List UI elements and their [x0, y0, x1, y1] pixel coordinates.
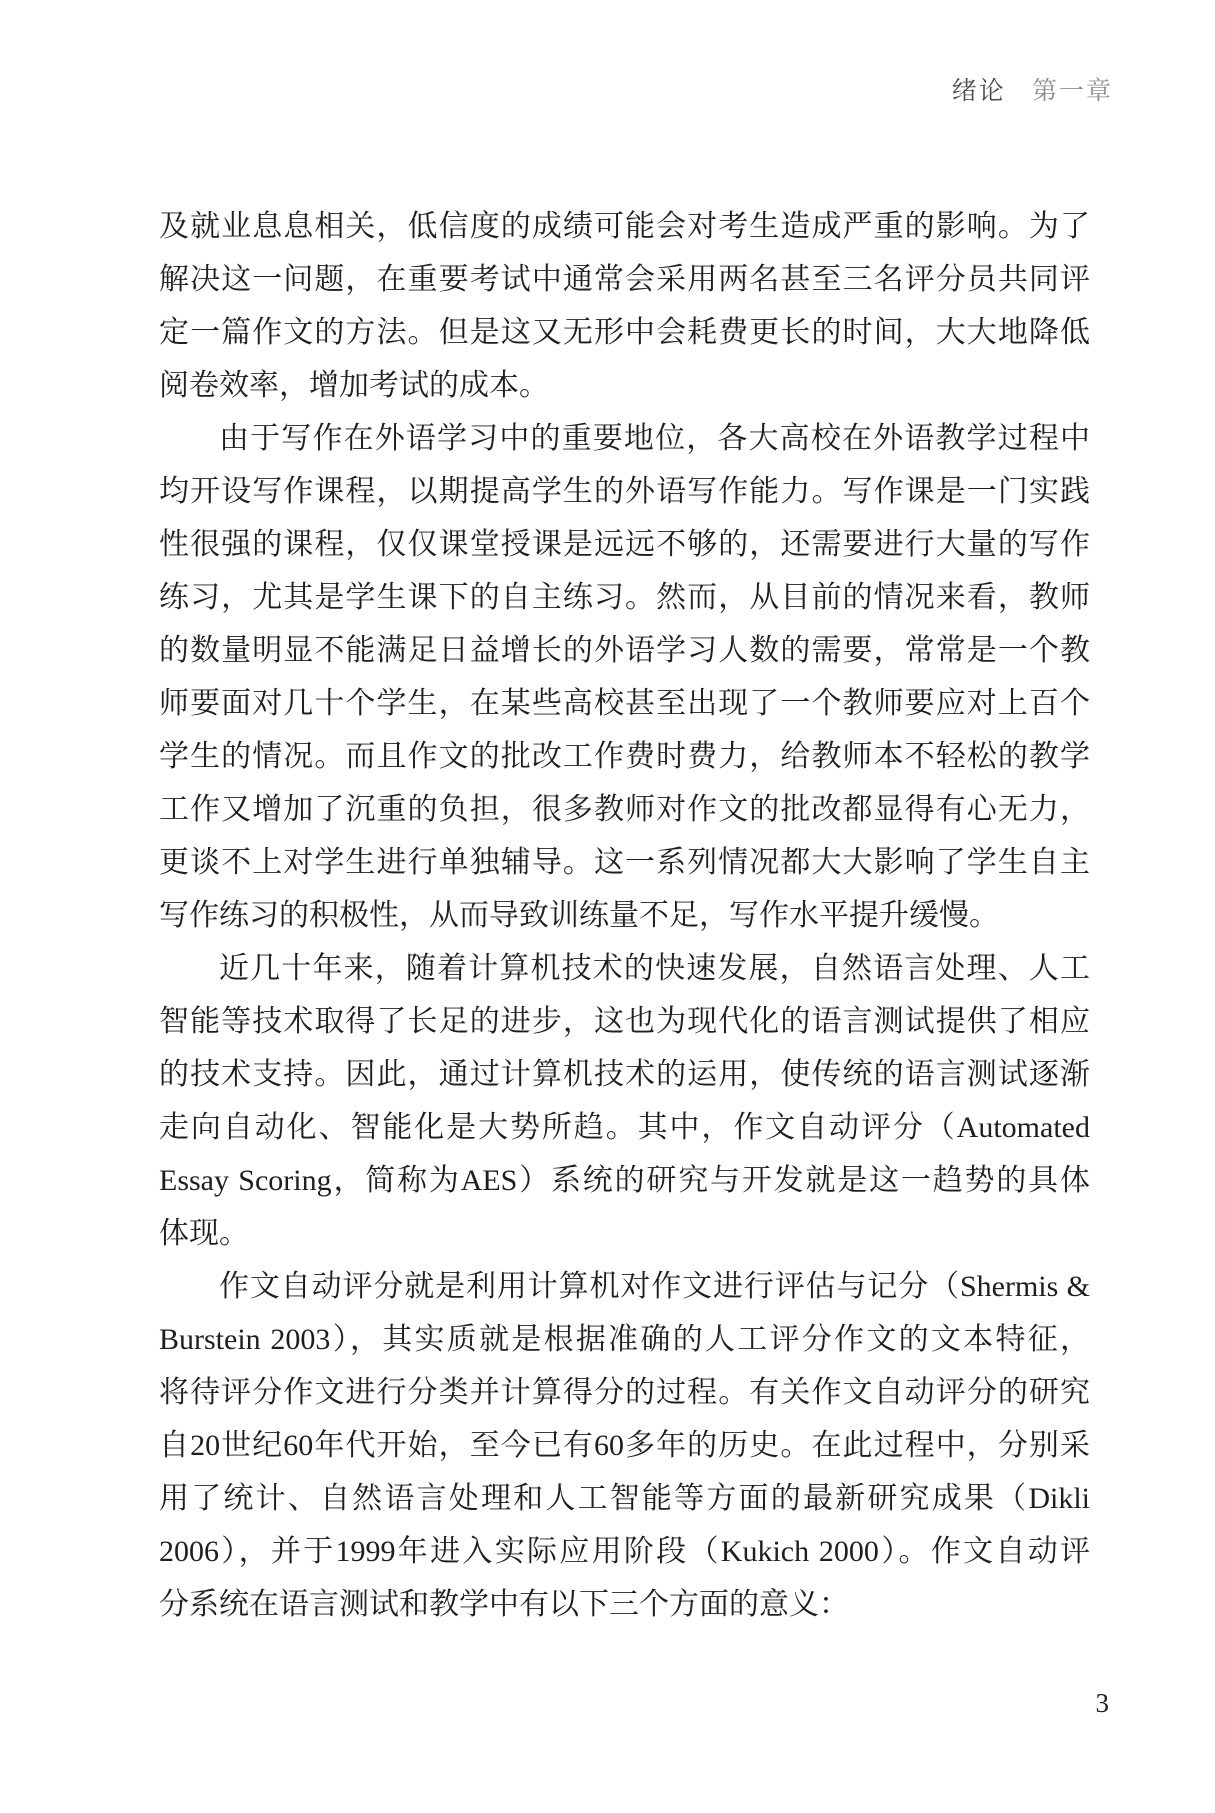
text-line: 师要面对几十个学生，在某些高校甚至出现了一个教师要应对上百个: [159, 677, 1090, 730]
body-text: 及就业息息相关，低信度的成绩可能会对考生造成严重的影响。为了解决这一问题，在重要…: [159, 200, 1090, 1631]
text-line: 定一篇作文的方法。但是这又无形中会耗费更长的时间，大大地降低: [159, 306, 1090, 359]
text-line: 分系统在语言测试和教学中有以下三个方面的意义：: [159, 1578, 1090, 1631]
header-section-title: 绪论: [952, 78, 1006, 105]
text-line: 将待评分作文进行分类并计算得分的过程。有关作文自动评分的研究: [159, 1366, 1090, 1419]
text-line: 练习，尤其是学生课下的自主练习。然而，从目前的情况来看，教师: [159, 571, 1090, 624]
header-chapter-label: 第一章: [1032, 78, 1113, 105]
text-line: Essay Scoring，简称为AES）系统的研究与开发就是这一趋势的具体: [159, 1154, 1090, 1207]
text-line: 由于写作在外语学习中的重要地位，各大高校在外语教学过程中: [159, 412, 1090, 465]
text-line: 走向自动化、智能化是大势所趋。其中，作文自动评分（Automated: [159, 1101, 1090, 1154]
running-header: 绪论 第一章: [952, 74, 1113, 110]
text-line: 2006），并于1999年进入实际应用阶段（Kukich 2000）。作文自动评: [159, 1525, 1090, 1578]
text-line: 及就业息息相关，低信度的成绩可能会对考生造成严重的影响。为了: [159, 200, 1090, 253]
text-line: 的技术支持。因此，通过计算机技术的运用，使传统的语言测试逐渐: [159, 1048, 1090, 1101]
book-page: 绪论 第一章 及就业息息相关，低信度的成绩可能会对考生造成严重的影响。为了解决这…: [0, 0, 1215, 1813]
text-line: 更谈不上对学生进行单独辅导。这一系列情况都大大影响了学生自主: [159, 836, 1090, 889]
text-line: 性很强的课程，仅仅课堂授课是远远不够的，还需要进行大量的写作: [159, 518, 1090, 571]
text-line: 体现。: [159, 1207, 1090, 1260]
text-line: 写作练习的积极性，从而导致训练量不足，写作水平提升缓慢。: [159, 889, 1090, 942]
page-number: 3: [1096, 1686, 1110, 1720]
text-line: 阅卷效率，增加考试的成本。: [159, 359, 1090, 412]
text-line: Burstein 2003），其实质就是根据准确的人工评分作文的文本特征，: [159, 1313, 1090, 1366]
text-line: 工作又增加了沉重的负担，很多教师对作文的批改都显得有心无力，: [159, 783, 1090, 836]
text-line: 自20世纪60年代开始，至今已有60多年的历史。在此过程中，分别采: [159, 1419, 1090, 1472]
text-line: 用了统计、自然语言处理和人工智能等方面的最新研究成果（Dikli: [159, 1472, 1090, 1525]
text-line: 均开设写作课程，以期提高学生的外语写作能力。写作课是一门实践: [159, 465, 1090, 518]
text-line: 智能等技术取得了长足的进步，这也为现代化的语言测试提供了相应: [159, 995, 1090, 1048]
text-line: 近几十年来，随着计算机技术的快速发展，自然语言处理、人工: [159, 942, 1090, 995]
text-line: 学生的情况。而且作文的批改工作费时费力，给教师本不轻松的教学: [159, 730, 1090, 783]
text-line: 解决这一问题，在重要考试中通常会采用两名甚至三名评分员共同评: [159, 253, 1090, 306]
text-line: 作文自动评分就是利用计算机对作文进行评估与记分（Shermis &: [159, 1260, 1090, 1313]
text-line: 的数量明显不能满足日益增长的外语学习人数的需要，常常是一个教: [159, 624, 1090, 677]
